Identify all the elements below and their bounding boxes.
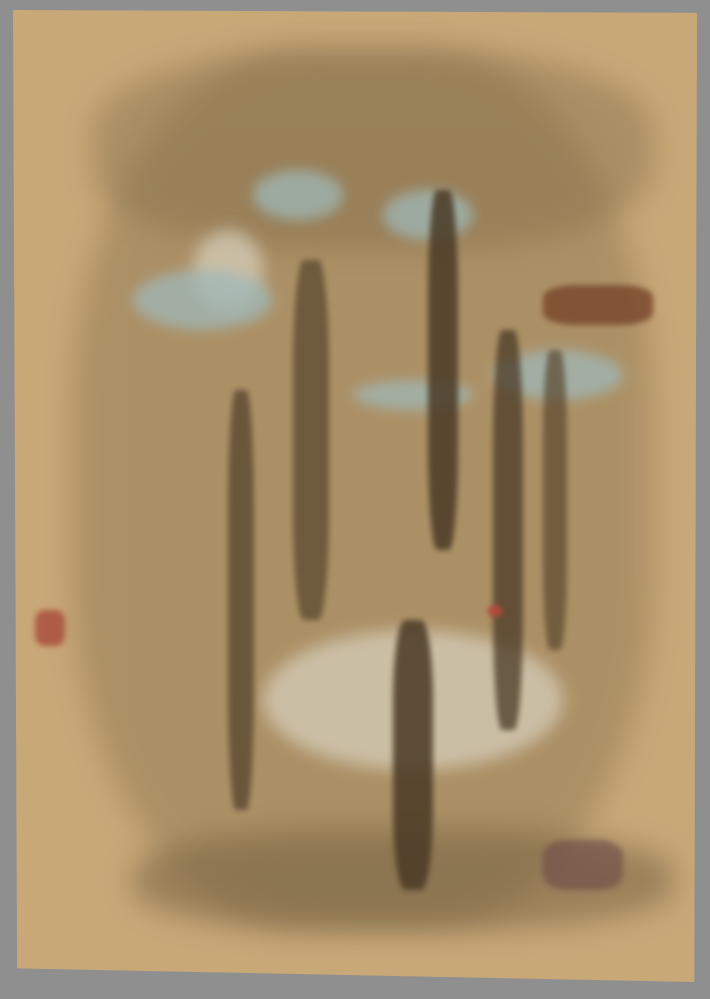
painting-paper: [13, 10, 697, 982]
tree-trunk-5: [493, 330, 523, 730]
blue-sky-3: [383, 190, 473, 240]
brown-wash-top: [93, 50, 653, 250]
brown-leaf: [543, 285, 653, 325]
red-spot: [35, 610, 65, 646]
tree-trunk-2: [293, 260, 329, 620]
red-spot-small: [488, 606, 502, 616]
tree-trunk-4: [428, 190, 458, 550]
blue-sky-1: [133, 270, 273, 330]
tree-trunk-3: [393, 620, 433, 890]
tree-trunk-6: [543, 350, 567, 650]
purple-patch: [543, 840, 623, 890]
blue-sky-2: [253, 170, 343, 220]
tree-trunk-1: [228, 390, 254, 810]
